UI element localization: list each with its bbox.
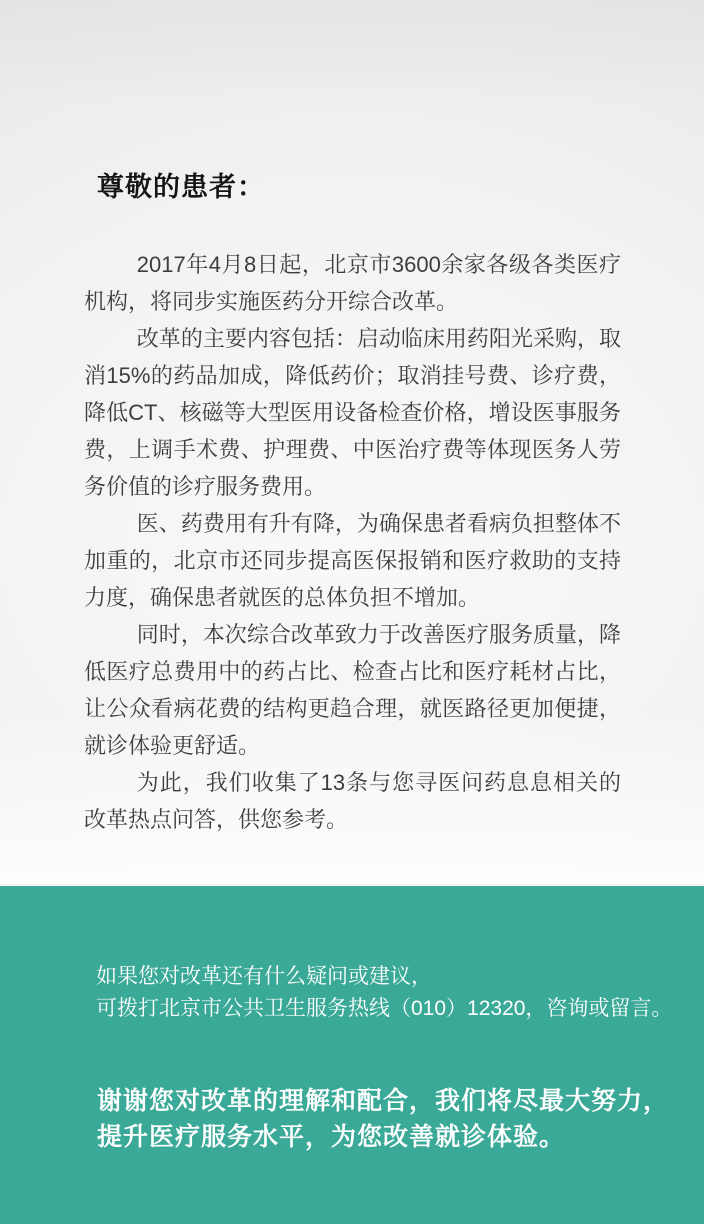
paragraph-reform-content: 改革的主要内容包括：启动临床用药阳光采购，取消15%的药品加成，降低药价；取消挂… xyxy=(84,320,621,505)
paragraph-qa-note: 为此，我们收集了13条与您寻医问药息息相关的改革热点问答，供您参考。 xyxy=(84,764,621,838)
notice-body-section: 尊敬的患者： 2017年4月8日起，北京市3600余家各级各类医疗机构，将同步实… xyxy=(0,0,704,884)
notice-paragraphs: 2017年4月8日起，北京市3600余家各级各类医疗机构，将同步实施医药分开综合… xyxy=(84,246,621,838)
thanks-message: 谢谢您对改革的理解和配合，我们将尽最大努力， 提升医疗服务水平，为您改善就诊体验… xyxy=(97,1084,669,1156)
thanks-line-2: 提升医疗服务水平，为您改善就诊体验。 xyxy=(97,1120,669,1156)
paragraph-cost-balance: 医、药费用有升有降，为确保患者看病负担整体不加重的，北京市还同步提高医保报销和医… xyxy=(84,505,621,616)
page-title: 尊敬的患者： xyxy=(97,170,265,204)
patient-notice-page: 尊敬的患者： 2017年4月8日起，北京市3600余家各级各类医疗机构，将同步实… xyxy=(0,0,704,1224)
paragraph-service-quality: 同时，本次综合改革致力于改善医疗服务质量，降低医疗总费用中的药占比、检查占比和医… xyxy=(84,616,621,764)
hotline-line-1: 如果您对改革还有什么疑问或建议， xyxy=(96,961,672,993)
notice-footer-section: 如果您对改革还有什么疑问或建议， 可拨打北京市公共卫生服务热线（010）1232… xyxy=(0,884,704,1224)
hotline-line-2: 可拨打北京市公共卫生服务热线（010）12320，咨询或留言。 xyxy=(96,993,672,1025)
hotline-info: 如果您对改革还有什么疑问或建议， 可拨打北京市公共卫生服务热线（010）1232… xyxy=(96,961,672,1025)
paragraph-intro: 2017年4月8日起，北京市3600余家各级各类医疗机构，将同步实施医药分开综合… xyxy=(84,246,621,320)
thanks-line-1: 谢谢您对改革的理解和配合，我们将尽最大努力， xyxy=(97,1084,669,1120)
